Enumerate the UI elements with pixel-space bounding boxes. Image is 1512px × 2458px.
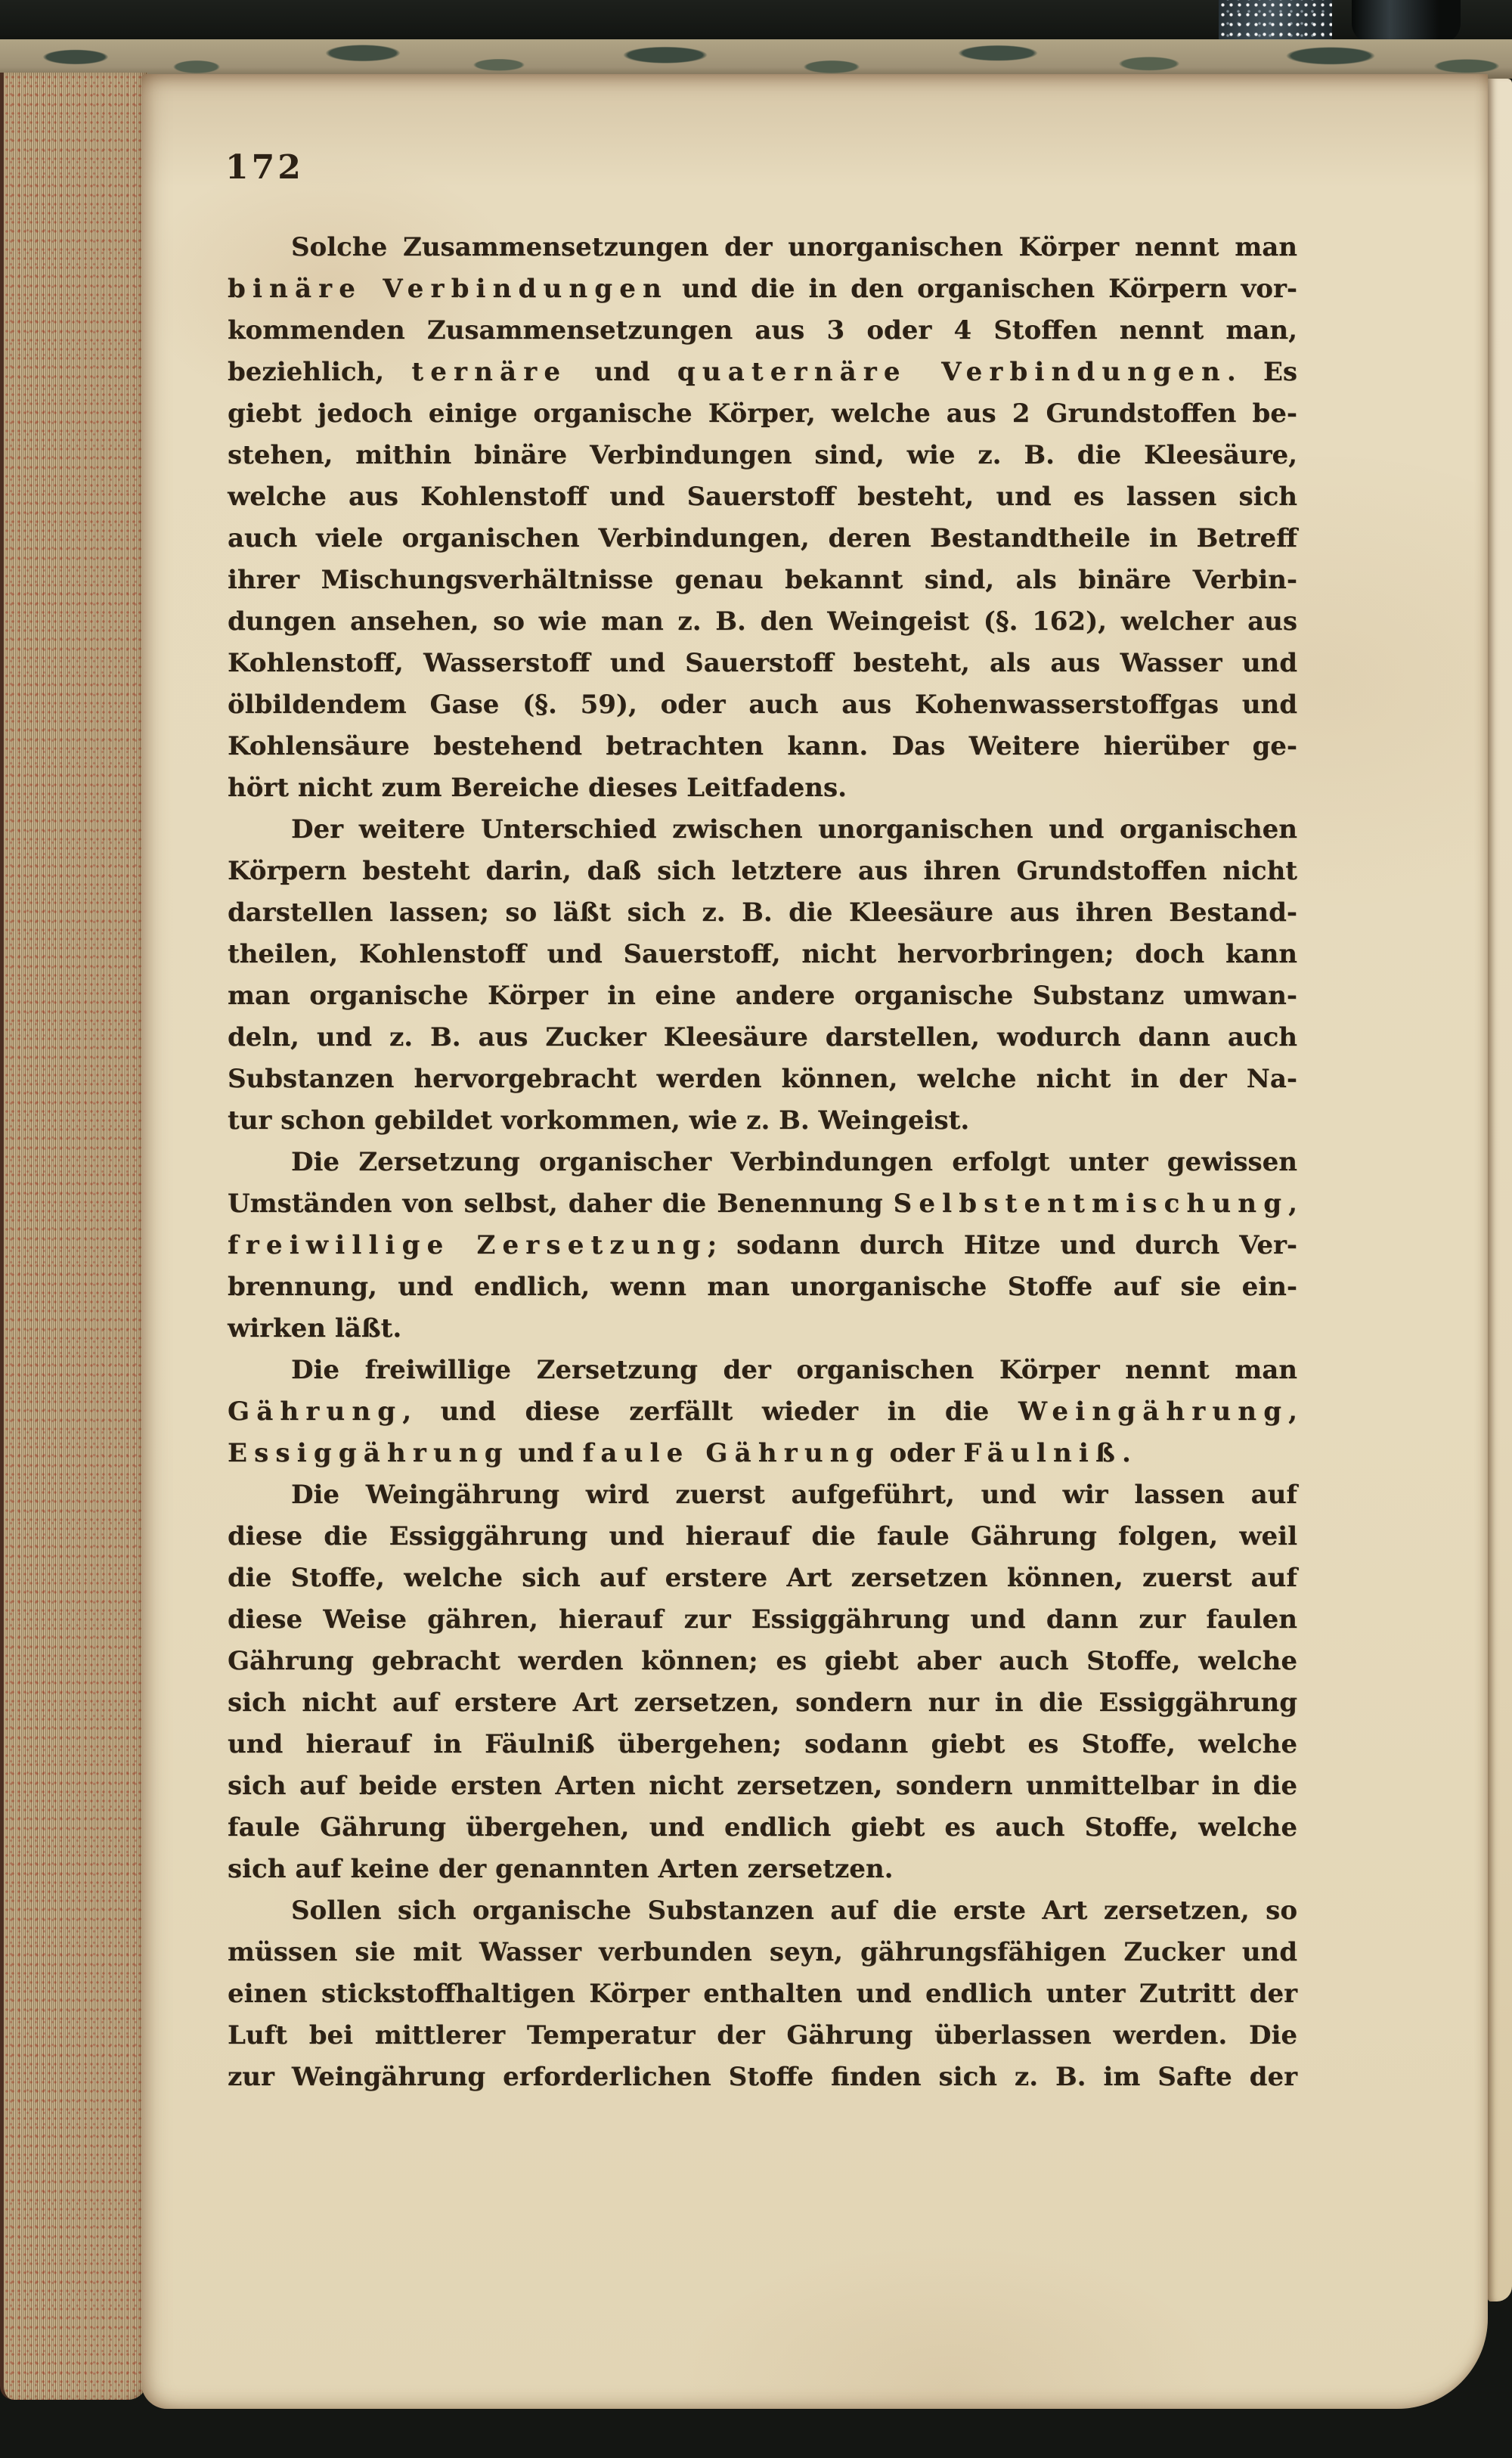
text-line: wirken läßt. bbox=[228, 1308, 1297, 1350]
text-segment: theilen, Kohlenstoff und Sauerstoff, nic… bbox=[228, 939, 1297, 969]
book-cover-roll bbox=[1352, 0, 1461, 43]
text-segment: Solche Zusammensetzungen der unorganisch… bbox=[291, 232, 1297, 262]
text-line: Luft bei mittlerer Temperatur der Gährun… bbox=[228, 2015, 1297, 2057]
paragraph: Die Zersetzung organischer Verbindungen … bbox=[228, 1142, 1297, 1350]
text-segment: Luft bei mittlerer Temperatur der Gährun… bbox=[228, 2020, 1297, 2050]
page-text: Solche Zusammensetzungen der unorganisch… bbox=[228, 227, 1297, 2098]
text-segment: ihrer Mischungsverhältnisse genau bekann… bbox=[228, 565, 1297, 595]
text-segment: sich auf keine der genannten Arten zerse… bbox=[228, 1854, 893, 1884]
text-line: Die Weingährung wird zuerst aufgeführt, … bbox=[228, 1474, 1297, 1516]
text-line: diese die Essiggährung und hierauf die f… bbox=[228, 1516, 1297, 1558]
text-line: auch viele organischen Verbindungen, der… bbox=[228, 518, 1297, 559]
text-line: Gährung, und diese zerfällt wieder in di… bbox=[228, 1391, 1297, 1433]
text-line: Umständen von selbst, daher die Benennun… bbox=[228, 1183, 1297, 1225]
text-segment: kommenden Zusammensetzungen aus 3 oder 4… bbox=[228, 315, 1297, 346]
text-line: freiwillige Zersetzung; sodann durch Hit… bbox=[228, 1225, 1297, 1266]
text-line: Essiggährung und faule Gährung oder Fäul… bbox=[228, 1433, 1297, 1474]
binding-cloth-texture bbox=[1219, 0, 1332, 45]
text-line: ölbildendem Gase (§. 59), oder auch aus … bbox=[228, 684, 1297, 726]
paragraph: Die freiwillige Zersetzung der organisch… bbox=[228, 1350, 1297, 1474]
text-line: giebt jedoch einige organische Körper, w… bbox=[228, 393, 1297, 435]
text-segment: auch viele organischen Verbindungen, der… bbox=[228, 523, 1297, 553]
text-segment: oder bbox=[881, 1438, 964, 1468]
text-segment: und bbox=[567, 357, 677, 387]
text-line: müssen sie mit Wasser verbunden seyn, gä… bbox=[228, 1932, 1297, 1973]
text-segment: und hierauf in Fäulniß übergehen; sodann… bbox=[228, 1729, 1297, 1759]
text-segment: Körpern besteht darin, daß sich letztere… bbox=[228, 856, 1297, 886]
text-line: beziehlich, ternäre und quaternäre Verbi… bbox=[228, 352, 1297, 393]
paragraph: Solche Zusammensetzungen der unorganisch… bbox=[228, 227, 1297, 809]
text-segment: Die freiwillige Zersetzung der organisch… bbox=[291, 1355, 1297, 1385]
text-line: zur Weingährung erforderlichen Stoffe fi… bbox=[228, 2057, 1297, 2098]
text-line: die Stoffe, welche sich auf erstere Art … bbox=[228, 1558, 1297, 1599]
text-segment: zur Weingährung erforderlichen Stoffe fi… bbox=[228, 2062, 1297, 2092]
text-segment: sich auf beide ersten Arten nicht zerset… bbox=[228, 1771, 1297, 1801]
text-segment: hört nicht zum Bereiche dieses Leitfaden… bbox=[228, 773, 847, 803]
text-segment: ; sodann durch Hitze und durch Ver- bbox=[708, 1230, 1297, 1260]
text-segment: , und diese zerfällt wieder in die bbox=[402, 1396, 1018, 1427]
text-line: faule Gährung übergehen, und endlich gie… bbox=[228, 1807, 1297, 1849]
text-line: dungen ansehen, so wie man z. B. den Wei… bbox=[228, 601, 1297, 643]
paragraph: Der weitere Unterschied zwischen unorgan… bbox=[228, 809, 1297, 1142]
text-segment: . Es bbox=[1227, 357, 1297, 387]
text-line: Die freiwillige Zersetzung der organisch… bbox=[228, 1350, 1297, 1391]
letterspaced-emphasis-text: freiwillige Zersetzung bbox=[228, 1230, 708, 1260]
text-segment: faule Gährung übergehen, und endlich gie… bbox=[228, 1812, 1297, 1843]
text-segment: wirken läßt. bbox=[228, 1313, 401, 1344]
letterspaced-emphasis-text: Essiggährung bbox=[228, 1438, 510, 1468]
text-line: sich nicht auf erstere Art zersetzen, so… bbox=[228, 1682, 1297, 1724]
text-segment: sich nicht auf erstere Art zersetzen, so… bbox=[228, 1688, 1297, 1718]
text-line: sich auf beide ersten Arten nicht zerset… bbox=[228, 1765, 1297, 1807]
text-segment: Die Weingährung wird zuerst aufgeführt, … bbox=[291, 1480, 1297, 1510]
letterspaced-emphasis-text: Weingährung bbox=[1018, 1396, 1288, 1427]
text-segment: die Stoffe, welche sich auf erstere Art … bbox=[228, 1563, 1297, 1593]
book-page: 172 Solche Zusammensetzungen der unorgan… bbox=[141, 74, 1488, 2409]
text-segment: müssen sie mit Wasser verbunden seyn, gä… bbox=[228, 1937, 1297, 1967]
adjacent-page-edge bbox=[1488, 79, 1512, 2301]
text-segment: und die in den organischen Körpern vor- bbox=[668, 274, 1297, 304]
text-line: deln, und z. B. aus Zucker Kleesäure dar… bbox=[228, 1017, 1297, 1059]
text-line: hört nicht zum Bereiche dieses Leitfaden… bbox=[228, 767, 1297, 809]
paragraph: Sollen sich organische Substanzen auf di… bbox=[228, 1890, 1297, 2098]
text-segment: Gährung gebracht werden können; es giebt… bbox=[228, 1646, 1297, 1676]
text-line: sich auf keine der genannten Arten zerse… bbox=[228, 1849, 1297, 1890]
text-segment: diese Weise gähren, hierauf zur Essiggäh… bbox=[228, 1604, 1297, 1635]
text-line: darstellen lassen; so läßt sich z. B. di… bbox=[228, 892, 1297, 934]
text-segment: tur schon gebildet vorkommen, wie z. B. … bbox=[228, 1105, 969, 1136]
text-line: Solche Zusammensetzungen der unorganisch… bbox=[228, 227, 1297, 268]
text-segment: Der weitere Unterschied zwischen unorgan… bbox=[291, 814, 1297, 845]
text-segment: Die Zersetzung organischer Verbindungen … bbox=[291, 1147, 1297, 1177]
text-segment: Substanzen hervorgebracht werden können,… bbox=[228, 1064, 1297, 1094]
text-line: man organische Körper in eine andere org… bbox=[228, 975, 1297, 1017]
letterspaced-emphasis-text: binäre Verbindungen bbox=[228, 274, 668, 304]
text-segment: . bbox=[1122, 1438, 1131, 1468]
text-line: theilen, Kohlenstoff und Sauerstoff, nic… bbox=[228, 934, 1297, 975]
page-number: 172 bbox=[225, 148, 304, 187]
text-line: welche aus Kohlenstoff und Sauerstoff be… bbox=[228, 476, 1297, 518]
text-segment: stehen, mithin binäre Verbindungen sind,… bbox=[228, 440, 1297, 470]
book-photo: 172 Solche Zusammensetzungen der unorgan… bbox=[0, 0, 1512, 2458]
text-segment: giebt jedoch einige organische Körper, w… bbox=[228, 398, 1297, 429]
text-line: brennung, und endlich, wenn man unorgani… bbox=[228, 1266, 1297, 1308]
text-segment: diese die Essiggährung und hierauf die f… bbox=[228, 1521, 1297, 1551]
letterspaced-emphasis-text: Selbstentmischung bbox=[894, 1189, 1289, 1219]
text-segment: Kohlenstoff, Wasserstoff und Sauerstoff … bbox=[228, 648, 1297, 678]
text-line: Die Zersetzung organischer Verbindungen … bbox=[228, 1142, 1297, 1183]
fore-edge-page-stack bbox=[0, 73, 147, 2400]
text-segment: , bbox=[1288, 1189, 1297, 1219]
text-segment: einen stickstoffhaltigen Körper enthalte… bbox=[228, 1979, 1297, 2009]
text-segment: brennung, und endlich, wenn man unorgani… bbox=[228, 1272, 1297, 1302]
text-line: Kohlensäure bestehend betrachten kann. D… bbox=[228, 726, 1297, 767]
text-line: Körpern besteht darin, daß sich letztere… bbox=[228, 851, 1297, 892]
text-line: Der weitere Unterschied zwischen unorgan… bbox=[228, 809, 1297, 851]
letterspaced-emphasis-text: quaternäre Verbindungen bbox=[677, 357, 1227, 387]
letterspaced-emphasis-text: Gährung bbox=[228, 1396, 402, 1427]
marbled-top-page-edge bbox=[0, 39, 1512, 79]
text-line: Sollen sich organische Substanzen auf di… bbox=[228, 1890, 1297, 1932]
text-line: diese Weise gähren, hierauf zur Essiggäh… bbox=[228, 1599, 1297, 1641]
text-segment: welche aus Kohlenstoff und Sauerstoff be… bbox=[228, 482, 1297, 512]
text-segment: dungen ansehen, so wie man z. B. den Wei… bbox=[228, 606, 1297, 637]
text-line: Gährung gebracht werden können; es giebt… bbox=[228, 1641, 1297, 1682]
letterspaced-emphasis-text: ternäre bbox=[411, 357, 567, 387]
text-segment: man organische Körper in eine andere org… bbox=[228, 981, 1297, 1011]
text-line: und hierauf in Fäulniß übergehen; sodann… bbox=[228, 1724, 1297, 1765]
text-segment: deln, und z. B. aus Zucker Kleesäure dar… bbox=[228, 1022, 1297, 1052]
text-segment: Sollen sich organische Substanzen auf di… bbox=[291, 1895, 1297, 1926]
text-line: tur schon gebildet vorkommen, wie z. B. … bbox=[228, 1100, 1297, 1142]
text-segment: beziehlich, bbox=[228, 357, 411, 387]
text-line: kommenden Zusammensetzungen aus 3 oder 4… bbox=[228, 310, 1297, 352]
text-line: einen stickstoffhaltigen Körper enthalte… bbox=[228, 1973, 1297, 2015]
text-segment: , bbox=[1288, 1396, 1297, 1427]
text-line: stehen, mithin binäre Verbindungen sind,… bbox=[228, 435, 1297, 476]
text-segment: Umständen von selbst, daher die Benennun… bbox=[228, 1189, 894, 1219]
letterspaced-emphasis-text: Fäulniß bbox=[963, 1438, 1122, 1468]
text-segment: darstellen lassen; so läßt sich z. B. di… bbox=[228, 897, 1297, 928]
paragraph: Die Weingährung wird zuerst aufgeführt, … bbox=[228, 1474, 1297, 1890]
letterspaced-emphasis-text: faule Gährung bbox=[583, 1438, 881, 1468]
text-line: Substanzen hervorgebracht werden können,… bbox=[228, 1059, 1297, 1100]
text-segment: und bbox=[510, 1438, 583, 1468]
text-line: binäre Verbindungen und die in den organ… bbox=[228, 268, 1297, 310]
text-line: Kohlenstoff, Wasserstoff und Sauerstoff … bbox=[228, 643, 1297, 684]
text-line: ihrer Mischungsverhältnisse genau bekann… bbox=[228, 559, 1297, 601]
text-segment: Kohlensäure bestehend betrachten kann. D… bbox=[228, 731, 1297, 761]
text-segment: ölbildendem Gase (§. 59), oder auch aus … bbox=[228, 690, 1297, 720]
